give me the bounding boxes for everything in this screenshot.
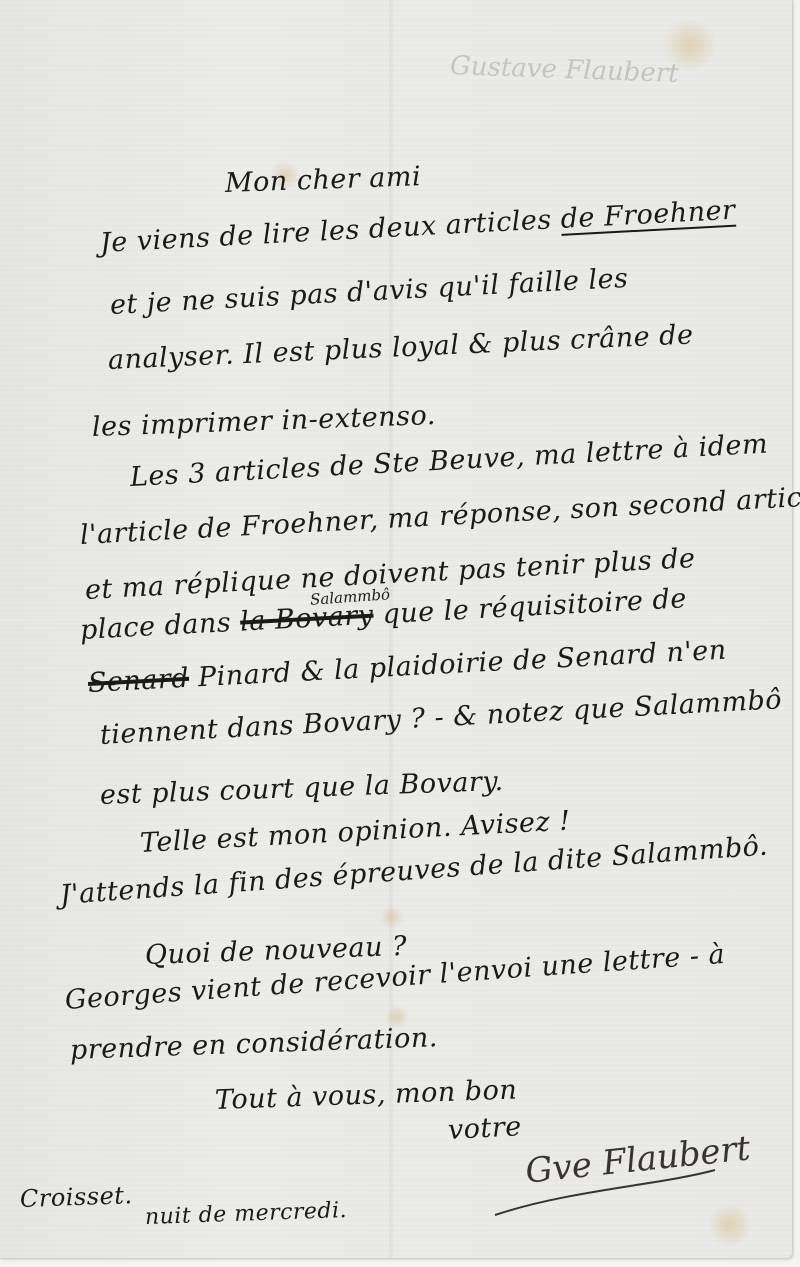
- paper-stain: [380, 905, 404, 929]
- struck-word: la Bovary: [239, 600, 374, 638]
- letter-text: Je viens de lire les deux articles: [99, 204, 561, 259]
- place-line: Croisset.: [20, 1181, 133, 1213]
- letter-page: Gustave Flaubert Mon cher ami Je viens d…: [0, 0, 793, 1259]
- pencil-annotation: Gustave Flaubert: [450, 51, 680, 89]
- letter-line: les imprimer in-extenso.: [91, 400, 436, 443]
- letter-line: l'article de Froehner, ma réponse, son s…: [79, 481, 800, 551]
- signature-flourish-icon: [490, 1160, 720, 1220]
- letter-line: analyser. Il est plus loyal & plus crâne…: [107, 319, 694, 376]
- letter-line: tiennent dans Bovary ? - & notez que Sal…: [99, 684, 783, 751]
- letter-line: et je ne suis pas d'avis qu'il faille le…: [109, 263, 629, 321]
- underlined-name: de Froehner: [560, 195, 736, 235]
- closing-line: votre: [447, 1111, 522, 1146]
- letter-line: prendre en considération.: [69, 1022, 438, 1066]
- salutation: Mon cher ami: [224, 161, 421, 199]
- letter-text: que le réquisitoire de: [382, 583, 688, 630]
- letter-line: est plus court que la Bovary.: [99, 766, 504, 811]
- date-line: nuit de mercredi.: [145, 1198, 348, 1230]
- letter-line: Je viens de lire les deux articles de Fr…: [99, 195, 736, 259]
- letter-text: Pinard & la plaidoirie de Senard n'en: [197, 635, 727, 694]
- struck-word: Senard: [87, 663, 190, 699]
- letter-line: Senard Pinard & la plaidoirie de Senard …: [87, 635, 727, 699]
- closing-line: Tout à vous, mon bon: [214, 1074, 517, 1116]
- letter-text: place dans: [79, 607, 232, 646]
